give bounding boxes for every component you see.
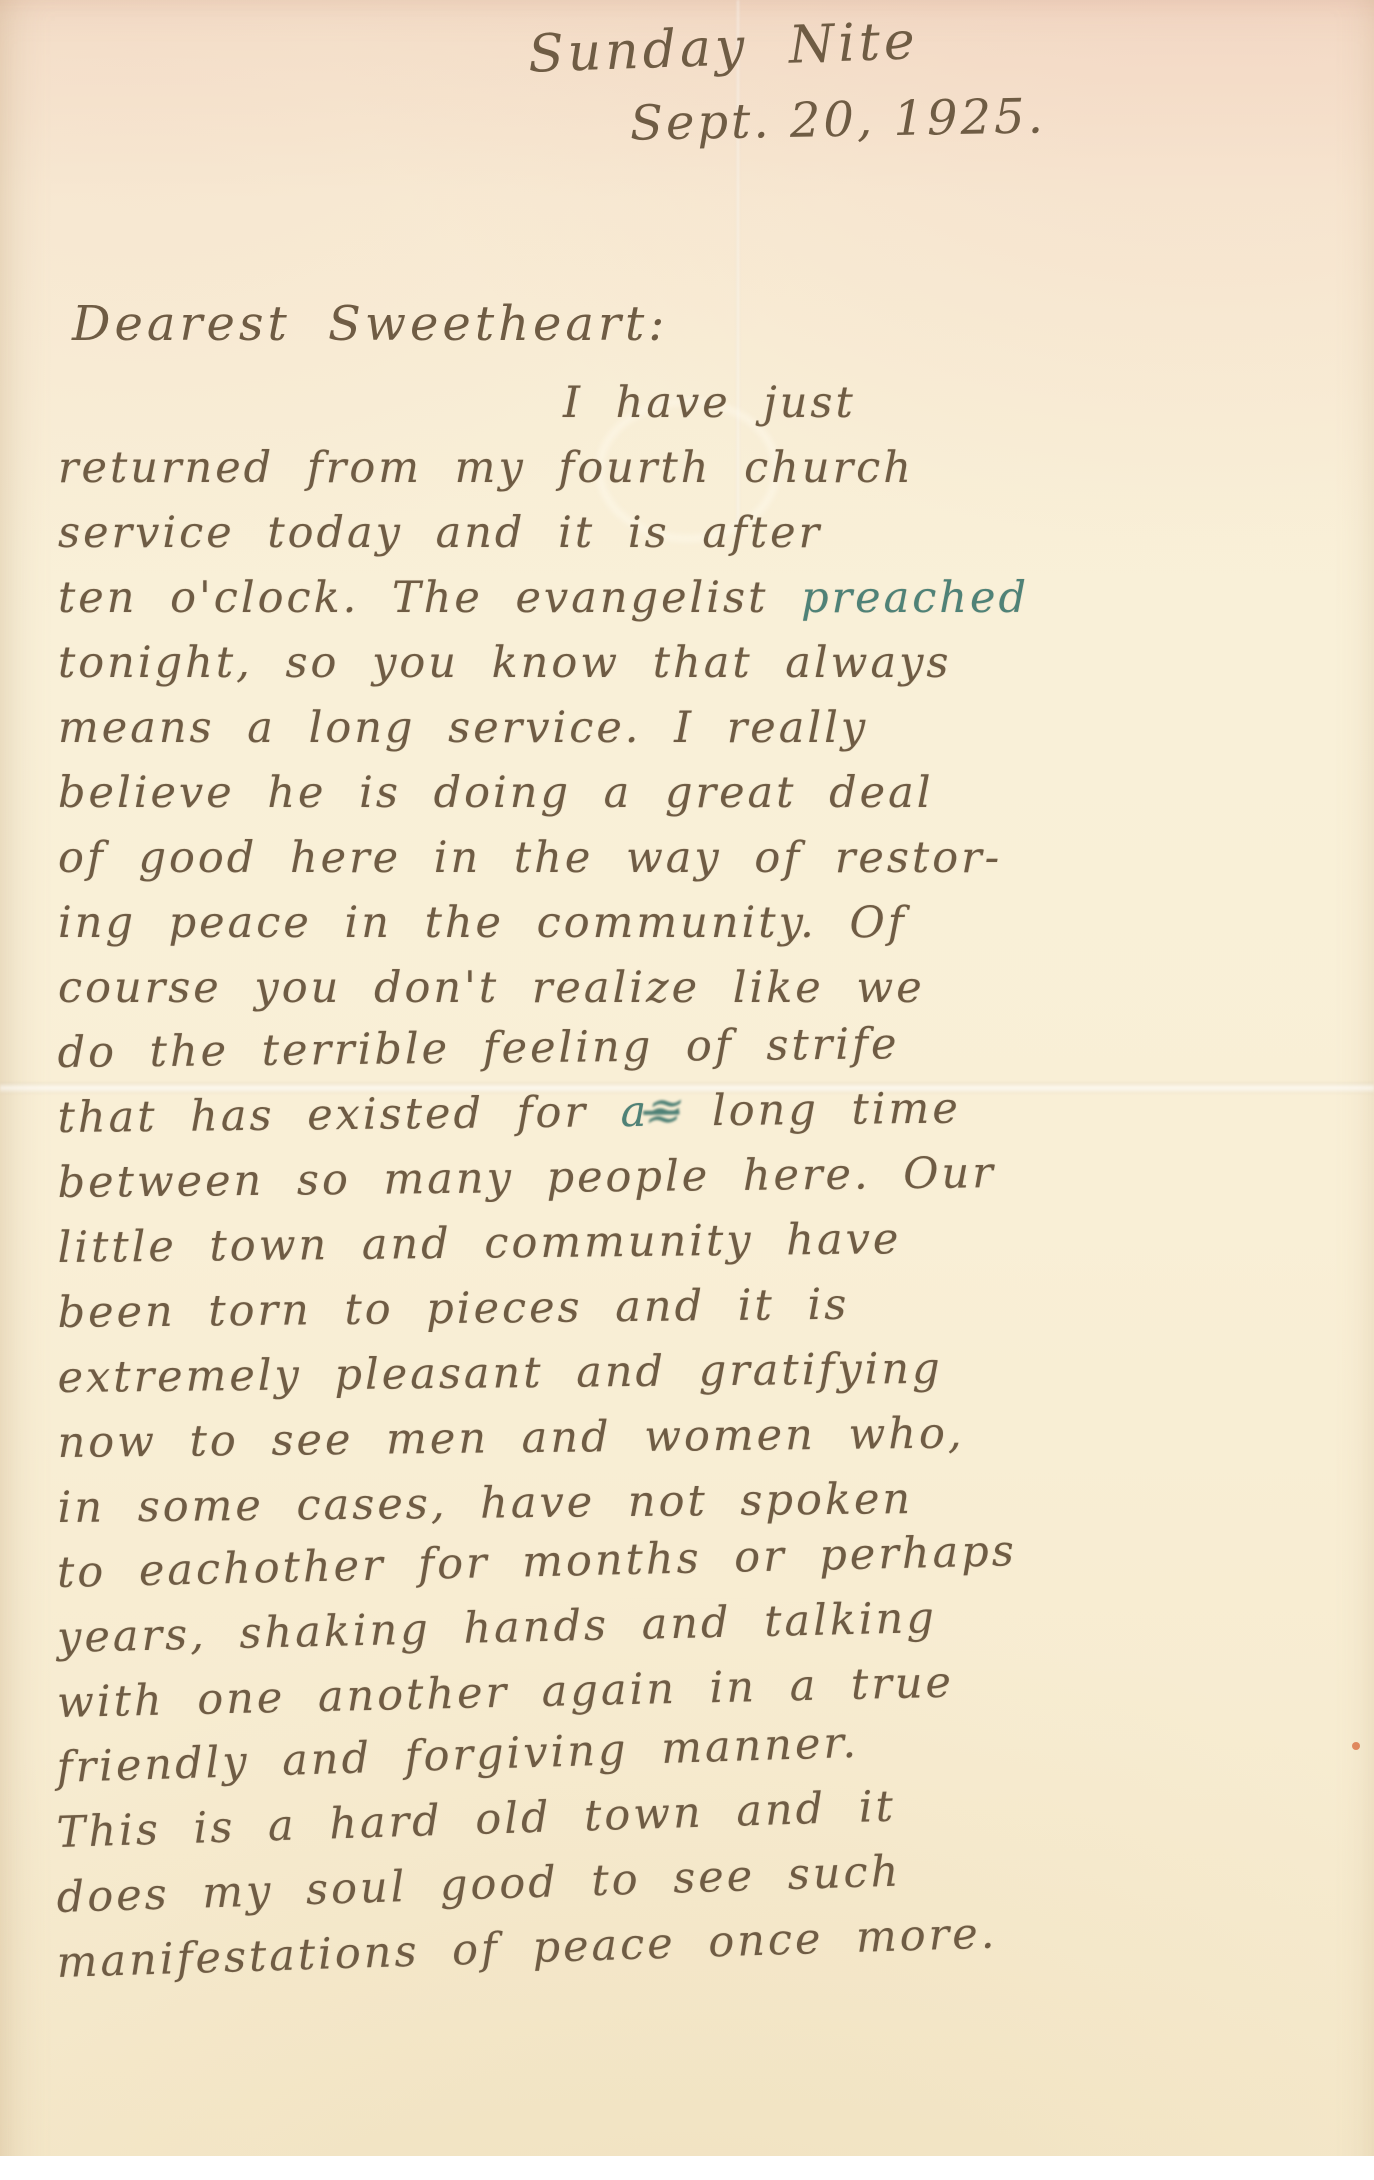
handwriting-line: means a long service. I really — [58, 703, 1344, 768]
scratched-out-mark: ≋ — [643, 1086, 680, 1136]
handwriting-line: service today and it is after — [58, 508, 1344, 573]
handwriting-text: extremely pleasant and gratifying — [57, 1344, 943, 1403]
handwriting-text: of good here in the way of restor- — [58, 833, 1002, 883]
handwriting-text: now to see men and women who, — [57, 1409, 964, 1468]
handwriting-text: service today and it is after — [58, 508, 822, 558]
salutation: Dearest Sweetheart: — [72, 296, 668, 352]
handwriting-text: little town and community have — [57, 1214, 901, 1273]
handwriting-text: do the terrible feeling of strife — [57, 1019, 899, 1078]
handwriting-text: between so many people here. Our — [57, 1148, 996, 1208]
teal-ink-word: preached — [801, 573, 1029, 623]
handwriting-text: means a long service. I really — [58, 703, 868, 753]
handwriting-line: tonight, so you know that always — [58, 638, 1344, 703]
handwriting-line: I have just — [58, 378, 1344, 443]
handwriting-text: believe he is doing a great deal — [58, 768, 933, 818]
handwriting-text: ten o'clock. The evangelist — [58, 573, 801, 623]
handwriting-text: that has existed for — [57, 1087, 621, 1143]
handwriting-line: believe he is doing a great deal — [58, 768, 1344, 833]
handwriting-text: in some cases, have not spoken — [57, 1474, 913, 1533]
handwriting-text: tonight, so you know that always — [58, 638, 951, 688]
letter-body: I have justreturned from my fourth churc… — [58, 378, 1344, 2003]
handwriting-text: long time — [679, 1084, 961, 1137]
handwriting-text: ing peace in the community. Of — [58, 898, 907, 948]
handwriting-text: I have just — [563, 378, 856, 428]
handwriting-text: course you don't realize like we — [58, 963, 925, 1013]
dateline-date: Sept. 20, 1925. — [630, 88, 1047, 151]
handwriting-text: been torn to pieces and it is — [57, 1280, 849, 1338]
handwriting-line: returned from my fourth church — [58, 443, 1344, 508]
handwriting-line: ing peace in the community. Of — [58, 898, 1344, 963]
paper-stain-speck — [1352, 1742, 1360, 1750]
handwriting-line: of good here in the way of restor- — [58, 833, 1344, 898]
scan-edge — [0, 2156, 1374, 2180]
handwriting-text: returned from my fourth church — [58, 443, 914, 493]
handwriting-line: ten o'clock. The evangelist preached — [58, 573, 1344, 638]
scanned-letter: Sunday Nite Sept. 20, 1925. Dearest Swee… — [0, 0, 1374, 2180]
